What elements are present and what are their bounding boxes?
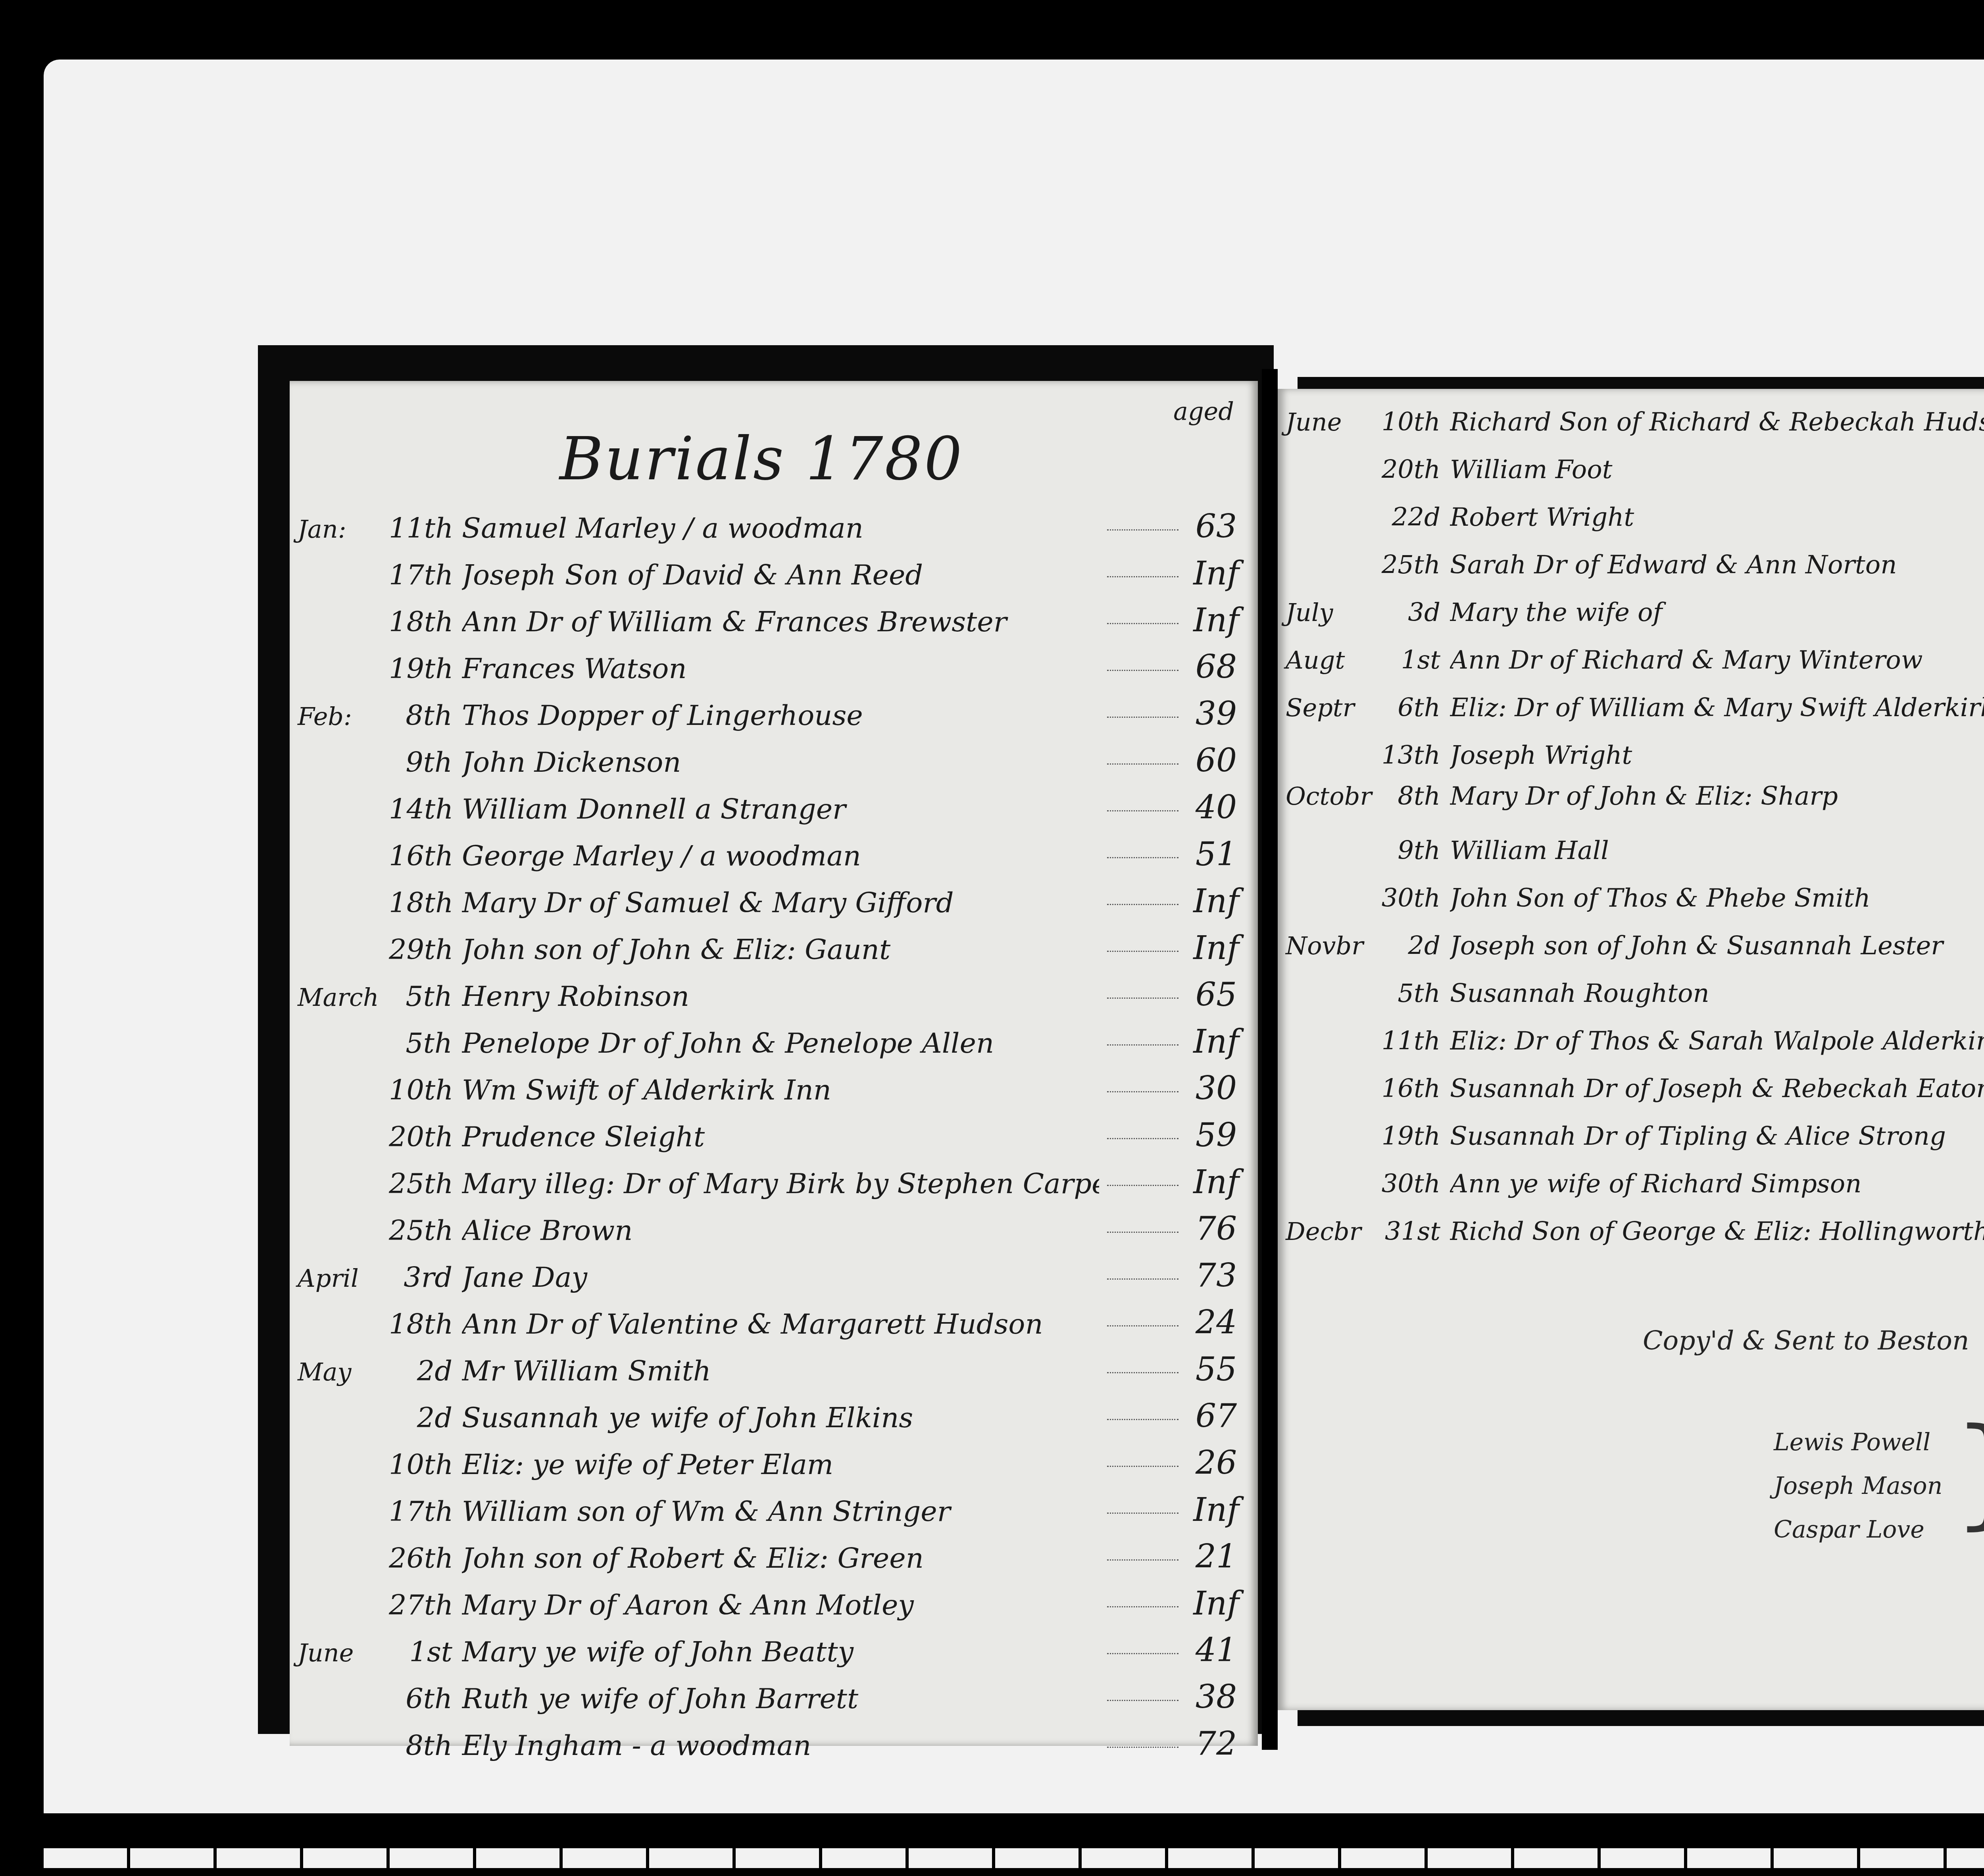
entry-age: 30: [1186, 1070, 1246, 1107]
entry-day: 10th: [1377, 407, 1450, 437]
entry-text: William son of Wm & Ann Stringer: [462, 1495, 1099, 1528]
burial-entry: 9th John Dickenson 60: [298, 742, 1246, 789]
entry-age: Inf: [1186, 1163, 1246, 1201]
entry-day: 1st: [1377, 646, 1450, 675]
leader-line: [1107, 857, 1178, 858]
entry-text: Susannah Dr of Joseph & Rebeckah Eaton: [1450, 1074, 1984, 1103]
entry-text: Mary ye wife of John Beatty: [462, 1636, 1099, 1668]
leader-line: [1107, 1653, 1178, 1654]
leader-line: [1107, 1700, 1178, 1701]
burial-entry: 22d Robert Wright 56: [1286, 496, 1984, 544]
leader-line: [1107, 1513, 1178, 1514]
entry-day: 17th: [389, 1495, 462, 1528]
entry-text: Ann Dr of Richard & Mary Winterow: [1450, 646, 1984, 675]
burial-entry: Septr 6th Eliz: Dr of William & Mary Swi…: [1286, 686, 1984, 734]
right-page: June 10th Richard Son of Richard & Rebec…: [1278, 389, 1984, 1710]
leader-line: [1107, 1372, 1178, 1373]
burial-entry: Jan: 11th Samuel Marley / a woodman 63: [298, 508, 1246, 555]
entry-text: Mary Dr of Samuel & Mary Gifford: [462, 886, 1099, 919]
entry-day: 6th: [1377, 693, 1450, 723]
left-page: aged Burials 1780 Jan: 11th Samuel Marle…: [290, 381, 1258, 1746]
entry-text: Mary Dr of Aaron & Ann Motley: [462, 1589, 1099, 1621]
leader-line: [1107, 1138, 1178, 1139]
entry-day: 14th: [389, 793, 462, 825]
entry-age: 26: [1186, 1444, 1246, 1482]
burial-entry: 14th William Donnell a Stranger 40: [298, 789, 1246, 836]
entry-age: 67: [1186, 1397, 1246, 1435]
entry-text: Ann Dr of Valentine & Margarett Hudson: [462, 1308, 1099, 1340]
entry-day: 10th: [389, 1074, 462, 1106]
burial-entry: Octobr 8th Mary Dr of John & Eliz: Sharp: [1286, 782, 1984, 829]
burial-entry: Decbr 31st Richd Son of George & Eliz: H…: [1286, 1210, 1984, 1258]
entry-text: John son of Robert & Eliz: Green: [462, 1542, 1099, 1574]
leader-line: [1107, 951, 1178, 952]
book-gutter: [1262, 369, 1278, 1750]
right-entries: June 10th Richard Son of Richard & Rebec…: [1286, 401, 1984, 1258]
entry-age: Inf: [1186, 882, 1246, 920]
leader-line: [1107, 1559, 1178, 1561]
entry-text: Eliz: Dr of William & Mary Swift Alderki…: [1450, 693, 1984, 723]
entry-day: 18th: [389, 605, 462, 638]
entry-month: Decbr: [1286, 1217, 1377, 1246]
entry-age: 68: [1186, 648, 1246, 686]
left-entries: Jan: 11th Samuel Marley / a woodman 63 1…: [298, 508, 1246, 1772]
entry-text: Eliz: ye wife of Peter Elam: [462, 1448, 1099, 1481]
entry-day: 22d: [1377, 503, 1450, 532]
leader-line: [1107, 998, 1178, 999]
entry-day: 19th: [389, 652, 462, 685]
page-title: Burials 1780: [559, 425, 963, 494]
entry-day: 5th: [389, 980, 462, 1013]
burial-entry: 25th Sarah Dr of Edward & Ann Norton Inf: [1286, 544, 1984, 591]
leader-line: [1107, 810, 1178, 811]
leader-line: [1107, 763, 1178, 765]
entry-day: 8th: [389, 699, 462, 732]
entry-text: Henry Robinson: [462, 980, 1099, 1013]
entry-age: 73: [1186, 1257, 1246, 1295]
entry-day: 6th: [389, 1682, 462, 1715]
entry-text: John son of John & Eliz: Gaunt: [462, 933, 1099, 966]
entry-text: John Dickenson: [462, 746, 1099, 778]
entry-age: 65: [1186, 976, 1246, 1014]
entry-age: 39: [1186, 695, 1246, 733]
burial-entry: 30th John Son of Thos & Phebe Smith Inf: [1286, 877, 1984, 925]
entry-text: George Marley / a woodman: [462, 840, 1099, 872]
entry-age: 55: [1186, 1351, 1246, 1388]
entry-day: 11th: [389, 512, 462, 544]
entry-day: 19th: [1377, 1122, 1450, 1151]
burial-entry: Augt 1st Ann Dr of Richard & Mary Winter…: [1286, 639, 1984, 686]
brace-glyph: }: [1952, 1413, 1984, 1532]
burial-entry: May 2d Mr William Smith 55: [298, 1351, 1246, 1397]
burial-entry: July 3d Mary the wife of 47: [1286, 591, 1984, 639]
entry-age: Inf: [1186, 602, 1246, 639]
age-column-header: aged: [1173, 397, 1234, 426]
burial-entry: 30th Ann ye wife of Richard Simpson 66: [1286, 1163, 1984, 1210]
entry-text: John Son of Thos & Phebe Smith: [1450, 884, 1984, 913]
burial-entry: 19th Frances Watson 68: [298, 648, 1246, 695]
burial-entry: 27th Mary Dr of Aaron & Ann Motley Inf: [298, 1585, 1246, 1632]
entry-day: 25th: [389, 1167, 462, 1200]
leader-line: [1107, 1747, 1178, 1748]
entry-day: 9th: [1377, 836, 1450, 865]
burial-entry: 10th Wm Swift of Alderkirk Inn 30: [298, 1070, 1246, 1117]
leader-line: [1107, 623, 1178, 624]
entry-month: April: [298, 1264, 389, 1293]
entry-day: 27th: [389, 1589, 462, 1621]
burial-entry: 10th Eliz: ye wife of Peter Elam 26: [298, 1444, 1246, 1491]
entry-day: 2d: [389, 1355, 462, 1387]
entry-day: 13th: [1377, 741, 1450, 770]
entry-text: Joseph Son of David & Ann Reed: [462, 559, 1099, 591]
entry-day: 2d: [1377, 931, 1450, 961]
leader-line: [1107, 1278, 1178, 1280]
leader-line: [1107, 1044, 1178, 1046]
entry-day: 17th: [389, 559, 462, 591]
entry-text: Wm Swift of Alderkirk Inn: [462, 1074, 1099, 1106]
entry-day: 9th: [389, 746, 462, 778]
entry-month: July: [1286, 598, 1377, 627]
entry-day: 3rd: [389, 1261, 462, 1294]
entry-text: Susannah Roughton: [1450, 979, 1984, 1008]
leader-line: [1107, 1466, 1178, 1467]
entry-day: 18th: [389, 886, 462, 919]
entry-month: Feb:: [298, 702, 389, 731]
entry-month: June: [298, 1638, 389, 1667]
entry-age: 51: [1186, 836, 1246, 873]
entry-day: 31st: [1377, 1217, 1450, 1246]
entry-day: 10th: [389, 1448, 462, 1481]
entry-text: Frances Watson: [462, 652, 1099, 685]
leader-line: [1107, 529, 1178, 531]
burial-entry: 18th Mary Dr of Samuel & Mary Gifford In…: [298, 882, 1246, 929]
entry-day: 25th: [1377, 550, 1450, 580]
entry-text: Mary the wife of: [1450, 598, 1984, 627]
burial-entry: 8th Ely Ingham - a woodman 72: [298, 1725, 1246, 1772]
entry-age: 38: [1186, 1678, 1246, 1716]
entry-text: Eliz: Dr of Thos & Sarah Walpole Alderki…: [1450, 1026, 1984, 1056]
leader-line: [1107, 670, 1178, 671]
entry-text: Joseph Wright: [1450, 741, 1984, 770]
burial-entry: March 5th Henry Robinson 65: [298, 976, 1246, 1023]
entry-month: May: [298, 1357, 389, 1386]
entry-age: 63: [1186, 508, 1246, 546]
entry-age: Inf: [1186, 929, 1246, 967]
entry-age: Inf: [1186, 1491, 1246, 1529]
entry-month: Augt: [1286, 646, 1377, 675]
entry-text: Sarah Dr of Edward & Ann Norton: [1450, 550, 1984, 580]
burial-entry: Feb: 8th Thos Dopper of Lingerhouse 39: [298, 695, 1246, 742]
leader-line: [1107, 1419, 1178, 1420]
entry-day: 26th: [389, 1542, 462, 1574]
leader-line: [1107, 1091, 1178, 1092]
burial-entry: April 3rd Jane Day 73: [298, 1257, 1246, 1304]
burial-entry: 17th Joseph Son of David & Ann Reed Inf: [298, 555, 1246, 602]
burial-entry: 18th Ann Dr of William & Frances Brewste…: [298, 602, 1246, 648]
entry-age: 24: [1186, 1304, 1246, 1342]
film-sprocket-edge: [44, 1848, 1984, 1868]
burial-entry: 2d Susannah ye wife of John Elkins 67: [298, 1397, 1246, 1444]
entry-day: 16th: [389, 840, 462, 872]
entry-age: Inf: [1186, 555, 1246, 592]
entry-text: Mary Dr of John & Eliz: Sharp: [1450, 782, 1984, 811]
entry-age: 72: [1186, 1725, 1246, 1763]
leader-line: [1107, 1325, 1178, 1326]
entry-day: 16th: [1377, 1074, 1450, 1103]
entry-text: Penelope Dr of John & Penelope Allen: [462, 1027, 1099, 1059]
burial-entry: 16th Susannah Dr of Joseph & Rebeckah Ea…: [1286, 1067, 1984, 1115]
entry-age: 60: [1186, 742, 1246, 780]
entry-day: 30th: [1377, 1169, 1450, 1199]
burial-entry: 26th John son of Robert & Eliz: Green 21: [298, 1538, 1246, 1585]
entry-text: Prudence Sleight: [462, 1121, 1099, 1153]
leader-line: [1107, 717, 1178, 718]
entry-text: Mary illeg: Dr of Mary Birk by Stephen C…: [462, 1167, 1099, 1200]
entry-day: 30th: [1377, 884, 1450, 913]
burial-entry: 5th Susannah Roughton 23: [1286, 972, 1984, 1020]
entry-month: March: [298, 983, 389, 1012]
entry-month: June: [1286, 407, 1377, 436]
burial-entry: 29th John son of John & Eliz: Gaunt Inf: [298, 929, 1246, 976]
burial-entry: 13th Joseph Wright 28: [1286, 734, 1984, 782]
entry-day: 18th: [389, 1308, 462, 1340]
signature-name: Caspar Love: [1774, 1516, 1924, 1543]
signature-name: Joseph Mason: [1774, 1472, 1942, 1500]
register-book: aged Burials 1780 Jan: 11th Samuel Marle…: [258, 345, 1984, 1742]
burial-entry: 17th William son of Wm & Ann Stringer In…: [298, 1491, 1246, 1538]
entry-age: 76: [1186, 1210, 1246, 1248]
entry-day: 1st: [389, 1636, 462, 1668]
burial-entry: 20th William Foot 69: [1286, 448, 1984, 496]
leader-line: [1107, 1185, 1178, 1186]
entry-text: Mr William Smith: [462, 1355, 1099, 1387]
entry-month: Octobr: [1286, 782, 1377, 811]
entry-month: Novbr: [1286, 931, 1377, 960]
leader-line: [1107, 1232, 1178, 1233]
entry-age: 40: [1186, 789, 1246, 827]
entry-text: William Foot: [1450, 455, 1984, 484]
burial-entry: 6th Ruth ye wife of John Barrett 38: [298, 1678, 1246, 1725]
entry-text: Samuel Marley / a woodman: [462, 512, 1099, 544]
entry-age: Inf: [1186, 1023, 1246, 1061]
burial-entry: 9th William Hall 50: [1286, 829, 1984, 877]
signature-name: Lewis Powell: [1774, 1428, 1930, 1456]
burial-entry: 5th Penelope Dr of John & Penelope Allen…: [298, 1023, 1246, 1070]
entry-text: Ruth ye wife of John Barrett: [462, 1682, 1099, 1715]
entry-text: Robert Wright: [1450, 503, 1984, 532]
entry-text: Alice Brown: [462, 1214, 1099, 1247]
entry-age: 41: [1186, 1632, 1246, 1669]
entry-text: Susannah ye wife of John Elkins: [462, 1401, 1099, 1434]
entry-day: 20th: [1377, 455, 1450, 484]
burial-entry: 16th George Marley / a woodman 51: [298, 836, 1246, 882]
entry-text: Ann ye wife of Richard Simpson: [1450, 1169, 1984, 1199]
entry-text: Joseph son of John & Susannah Lester: [1450, 931, 1984, 961]
entry-month: Septr: [1286, 693, 1377, 722]
entry-age: 59: [1186, 1117, 1246, 1154]
entry-month: Jan:: [298, 515, 389, 544]
entry-text: Ann Dr of William & Frances Brewster: [462, 605, 1099, 638]
burial-entry: 20th Prudence Sleight 59: [298, 1117, 1246, 1163]
entry-day: 29th: [389, 933, 462, 966]
leader-line: [1107, 904, 1178, 905]
leader-line: [1107, 576, 1178, 577]
entry-day: 11th: [1377, 1026, 1450, 1056]
entry-text: William Hall: [1450, 836, 1984, 865]
entry-text: Richd Son of George & Eliz: Hollingworth: [1450, 1217, 1984, 1246]
entry-day: 8th: [1377, 782, 1450, 811]
entry-text: Richard Son of Richard & Rebeckah Hudson: [1450, 407, 1984, 437]
burial-entry: June 1st Mary ye wife of John Beatty 41: [298, 1632, 1246, 1678]
entry-text: Ely Ingham - a woodman: [462, 1729, 1099, 1762]
copied-note: Copy'd & Sent to Beston: [1643, 1325, 1969, 1356]
leader-line: [1107, 1606, 1178, 1607]
entry-text: Susannah Dr of Tipling & Alice Strong: [1450, 1122, 1984, 1151]
entry-text: Thos Dopper of Lingerhouse: [462, 699, 1099, 732]
entry-text: William Donnell a Stranger: [462, 793, 1099, 825]
burial-entry: 19th Susannah Dr of Tipling & Alice Stro…: [1286, 1115, 1984, 1163]
entry-day: 2d: [389, 1401, 462, 1434]
burial-entry: June 10th Richard Son of Richard & Rebec…: [1286, 401, 1984, 448]
entry-day: 5th: [1377, 979, 1450, 1008]
entry-day: 3d: [1377, 598, 1450, 627]
entry-day: 25th: [389, 1214, 462, 1247]
burial-entry: 25th Mary illeg: Dr of Mary Birk by Step…: [298, 1163, 1246, 1210]
entry-day: 20th: [389, 1121, 462, 1153]
burial-entry: 25th Alice Brown 76: [298, 1210, 1246, 1257]
burial-entry: 18th Ann Dr of Valentine & Margarett Hud…: [298, 1304, 1246, 1351]
burial-entry: 11th Eliz: Dr of Thos & Sarah Walpole Al…: [1286, 1020, 1984, 1067]
entry-age: Inf: [1186, 1585, 1246, 1622]
entry-day: 8th: [389, 1729, 462, 1762]
entry-age: 21: [1186, 1538, 1246, 1576]
entry-text: Jane Day: [462, 1261, 1099, 1294]
burial-entry: Novbr 2d Joseph son of John & Susannah L…: [1286, 925, 1984, 972]
entry-day: 5th: [389, 1027, 462, 1059]
